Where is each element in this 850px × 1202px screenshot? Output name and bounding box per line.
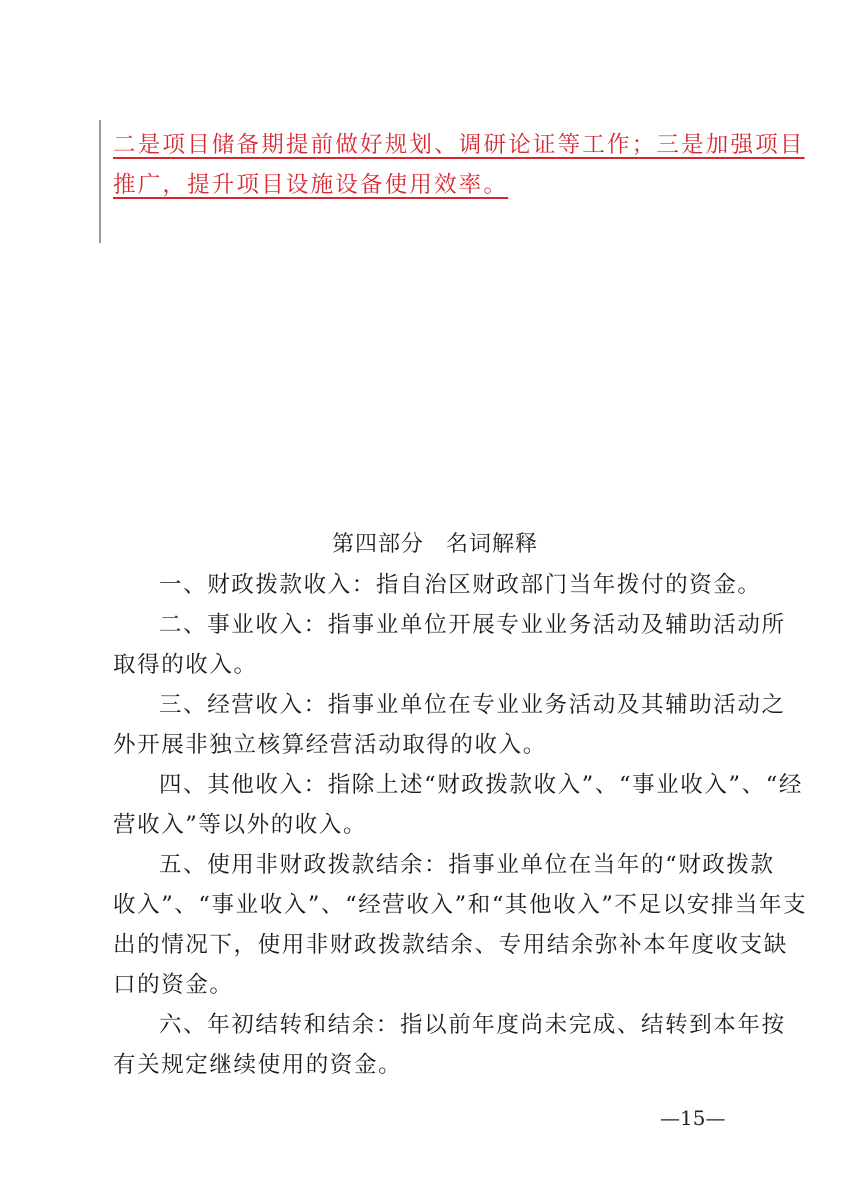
revision-change-bar [99, 120, 101, 243]
definition-5-line-1: 五、使用非财政拨款结余：指事业单位在当年的“财政拨款 [159, 851, 747, 879]
definition-5-line-4: 口的资金。 [113, 971, 747, 999]
definition-3-line-1: 三、经营收入：指事业单位在专业业务活动及其辅助活动之 [159, 691, 747, 719]
definition-4-line-2: 营收入”等以外的收入。 [113, 811, 747, 839]
revision-line-1: 二是项目储备期提前做好规划、调研论证等工作；三是加强项目 [113, 131, 747, 159]
definition-6-line-2: 有关规定继续使用的资金。 [113, 1051, 747, 1079]
definition-2-line-1: 二、事业收入：指事业单位开展专业业务活动及辅助活动所 [159, 611, 747, 639]
definition-1-line-1: 一、财政拨款收入：指自治区财政部门当年拨付的资金。 [159, 571, 747, 599]
page-number: —15— [660, 1106, 725, 1130]
section-title-name: 名词解释 [446, 532, 538, 557]
document-page: 二是项目储备期提前做好规划、调研论证等工作；三是加强项目 推广，提升项目设施设备… [0, 0, 850, 1202]
section-title: 第四部分名词解释 [0, 531, 850, 559]
definition-4-line-1: 四、其他收入：指除上述“财政拨款收入”、“事业收入”、“经 [159, 771, 747, 799]
definition-2-line-2: 取得的收入。 [113, 651, 747, 679]
definition-3-line-2: 外开展非独立核算经营活动取得的收入。 [113, 731, 747, 759]
definition-6-line-1: 六、年初结转和结余：指以前年度尚未完成、结转到本年按 [159, 1011, 747, 1039]
revision-line-2: 推广，提升项目设施设备使用效率。 [113, 171, 747, 199]
definition-5-line-3: 出的情况下，使用非财政拨款结余、专用结余弥补本年度收支缺 [113, 931, 747, 959]
definition-5-line-2: 收入”、“事业收入”、“经营收入”和“其他收入”不足以安排当年支 [113, 891, 747, 919]
section-title-part: 第四部分 [332, 532, 424, 557]
